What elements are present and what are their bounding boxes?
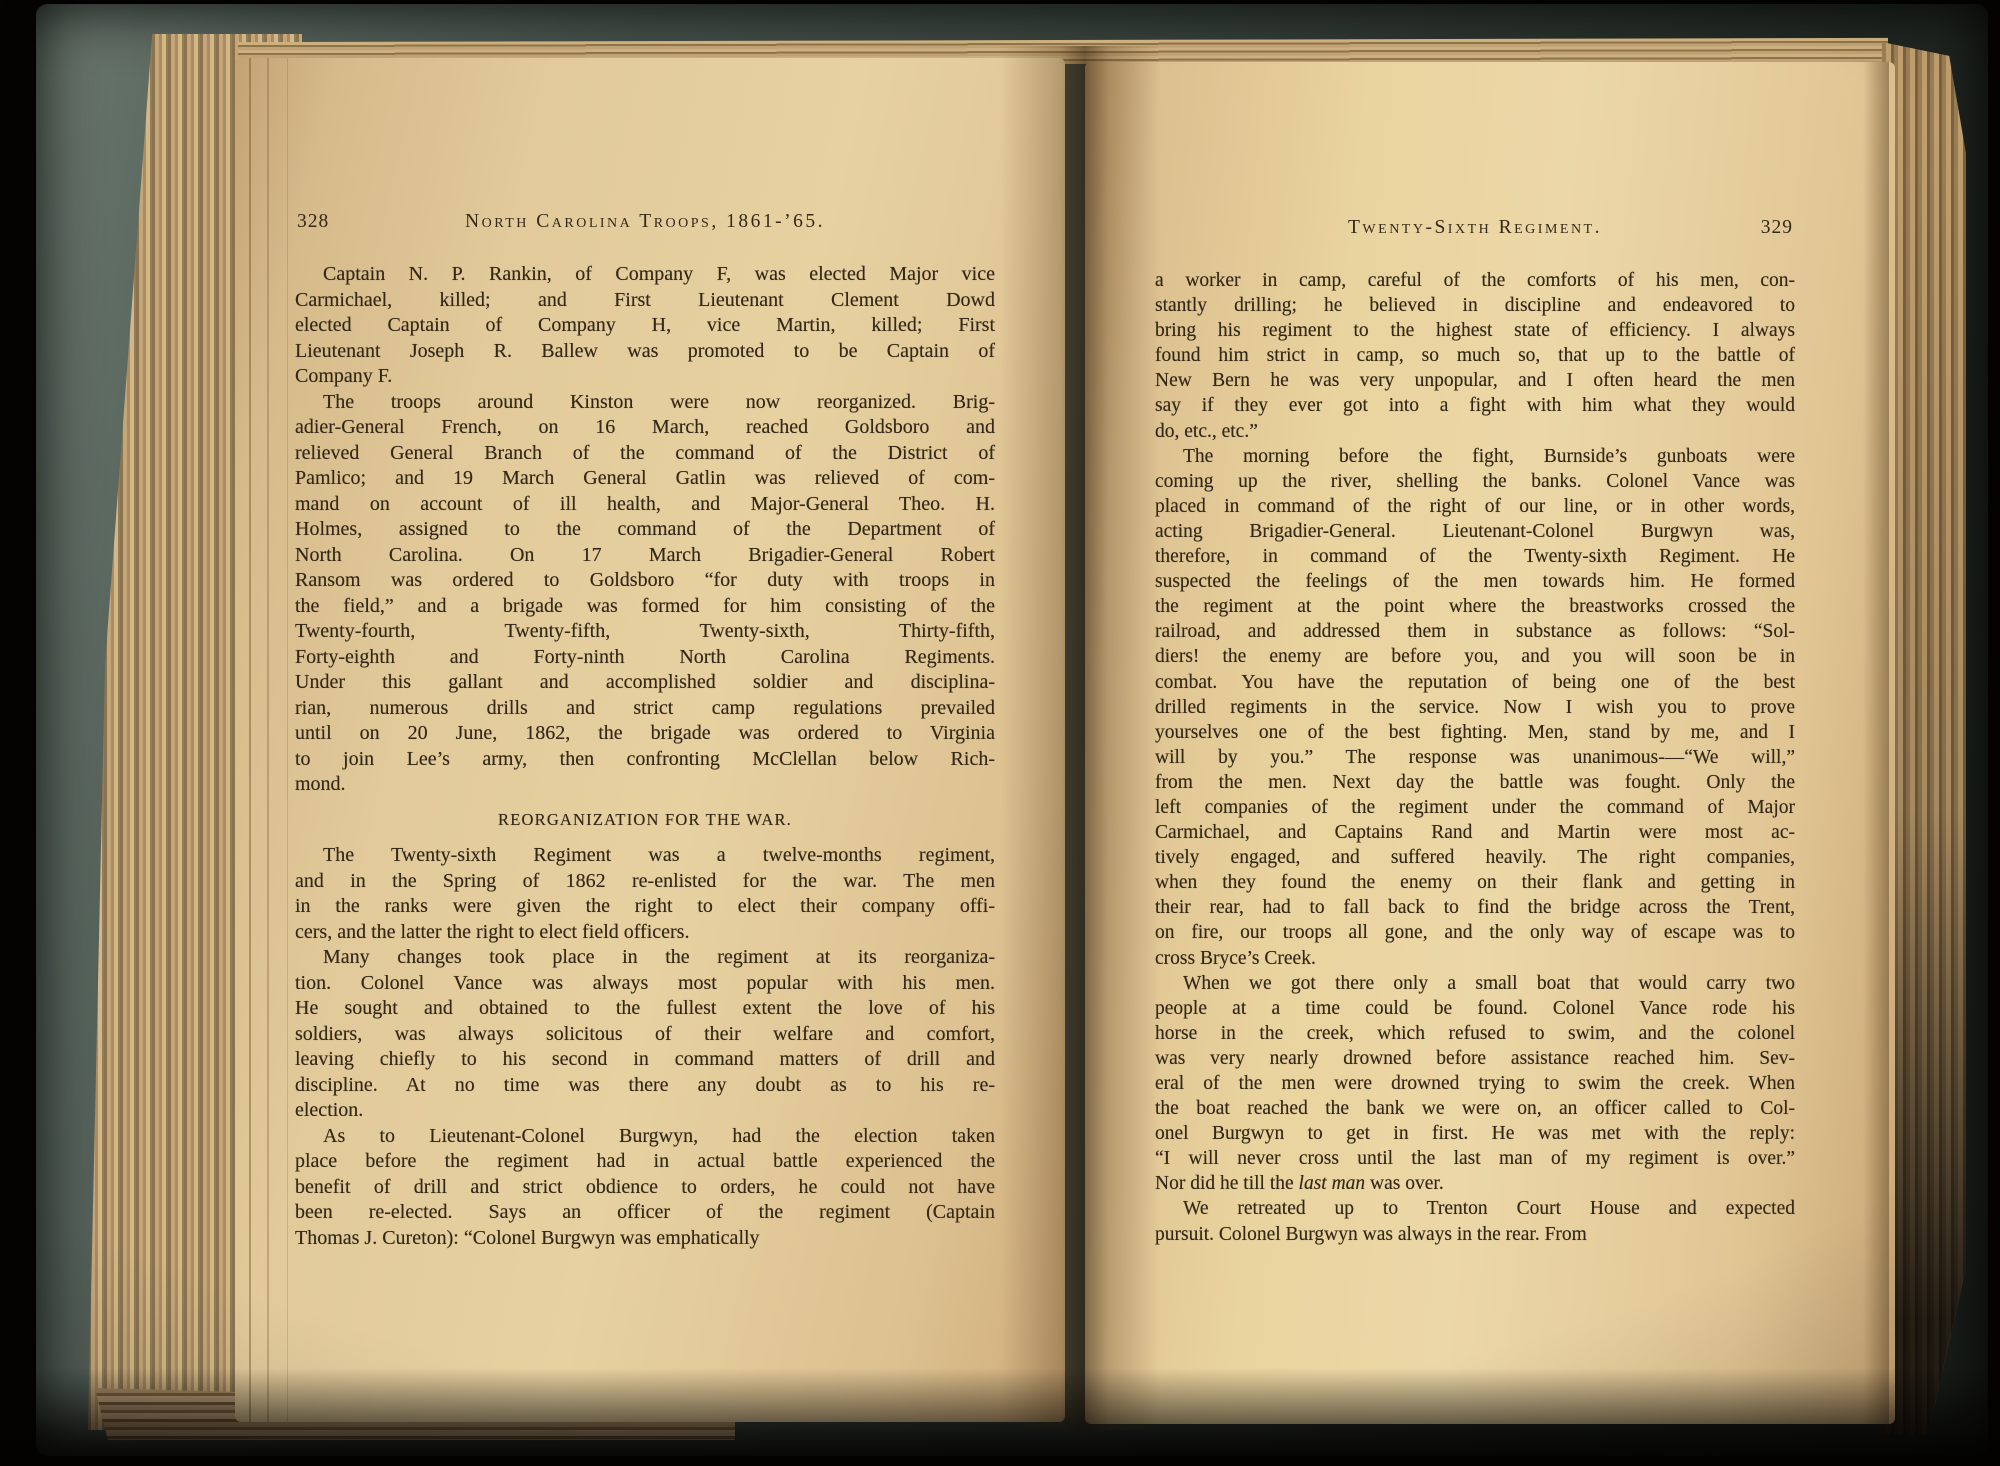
text-line: will by you.” The response was unanimous… — [1155, 745, 1795, 770]
left-page-text-column: 328 North Carolina Troops, 1861-’65. Cap… — [295, 208, 995, 1251]
text-line: drilled regiments in the service. Now I … — [1155, 695, 1795, 720]
text-line: in the ranks were given the right to ele… — [295, 894, 995, 920]
text-line: The Twenty-sixth Regiment was a twelve-m… — [295, 843, 995, 869]
text-line: when they found the enemy on their flank… — [1155, 870, 1795, 895]
text-line: railroad, and addressed them in substanc… — [1155, 619, 1795, 644]
text-line: do, etc., etc.” — [1155, 419, 1795, 444]
right-page-number: 329 — [1761, 214, 1793, 242]
text-line: people at a time could be found. Colonel… — [1155, 996, 1795, 1021]
left-page-body: Captain N. P. Rankin, of Company F, was … — [295, 262, 995, 1251]
text-line: found him strict in camp, so much so, th… — [1155, 343, 1795, 368]
text-line: the boat reached the bank we were on, an… — [1155, 1096, 1795, 1121]
text-line: left companies of the regiment under the… — [1155, 795, 1795, 820]
text-line: tively engaged, and suffered heavily. Th… — [1155, 845, 1795, 870]
text-line: The morning before the fight, Burnside’s… — [1155, 444, 1795, 469]
text-line: “I will never cross until the last man o… — [1155, 1146, 1795, 1171]
section-heading: REORGANIZATION FOR THE WAR. — [295, 807, 995, 833]
text-line: Forty-eighth and Forty-ninth North Carol… — [295, 645, 995, 671]
right-running-header: Twenty-Sixth Regiment. 329 — [1155, 214, 1795, 242]
text-line: adier-General French, on 16 March, reach… — [295, 415, 995, 441]
text-line: horse in the creek, which refused to swi… — [1155, 1021, 1795, 1046]
right-running-title: Twenty-Sixth Regiment. — [1155, 214, 1795, 242]
text-line: mand on account of ill health, and Major… — [295, 492, 995, 518]
text-line: Ransom was ordered to Goldsboro “for dut… — [295, 568, 995, 594]
text-line: relieved General Branch of the command o… — [295, 441, 995, 467]
text-line: coming up the river, shelling the banks.… — [1155, 469, 1795, 494]
text-line: combat. You have the reputation of being… — [1155, 670, 1795, 695]
text-line: place before the regiment had in actual … — [295, 1149, 995, 1175]
text-line: We retreated up to Trenton Court House a… — [1155, 1196, 1795, 1221]
text-line: discipline. At no time was there any dou… — [295, 1073, 995, 1099]
text-line: mond. — [295, 772, 995, 798]
text-line: Many changes took place in the regiment … — [295, 945, 995, 971]
text-line: and in the Spring of 1862 re-enlisted fo… — [295, 869, 995, 895]
text-line: to join Lee’s army, then confronting McC… — [295, 747, 995, 773]
text-line: soldiers, was always solicitous of their… — [295, 1022, 995, 1048]
text-line: placed in command of the right of our li… — [1155, 494, 1795, 519]
text-line: He sought and obtained to the fullest ex… — [295, 996, 995, 1022]
text-line: election. — [295, 1098, 995, 1124]
text-line: was very nearly drowned before assistanc… — [1155, 1046, 1795, 1071]
text-line: When we got there only a small boat that… — [1155, 971, 1795, 996]
text-line: diers! the enemy are before you, and you… — [1155, 644, 1795, 669]
text-line: on fire, our troops all gone, and the on… — [1155, 920, 1795, 945]
left-running-title: North Carolina Troops, 1861-’65. — [295, 208, 995, 236]
text-line: cross Bryce’s Creek. — [1155, 946, 1795, 971]
text-line: Carmichael, and Captains Rand and Martin… — [1155, 820, 1795, 845]
text-line: yourselves one of the best fighting. Men… — [1155, 720, 1795, 745]
text-line: Twenty-fourth, Twenty-fifth, Twenty-sixt… — [295, 619, 995, 645]
text-line: therefore, in command of the Twenty-sixt… — [1155, 544, 1795, 569]
text-line: leaving chiefly to his second in command… — [295, 1047, 995, 1073]
text-line: Captain N. P. Rankin, of Company F, was … — [295, 262, 995, 288]
text-line: suspected the feelings of the men toward… — [1155, 569, 1795, 594]
text-line: Company F. — [295, 364, 995, 390]
text-line: benefit of drill and strict obdience to … — [295, 1175, 995, 1201]
text-line: the regiment at the point where the brea… — [1155, 594, 1795, 619]
left-running-header: 328 North Carolina Troops, 1861-’65. — [295, 208, 995, 236]
text-line: Holmes, assigned to the command of the D… — [295, 517, 995, 543]
text-line: bring his regiment to the highest state … — [1155, 318, 1795, 343]
text-line: acting Brigadier-General. Lieutenant-Col… — [1155, 519, 1795, 544]
text-line: The troops around Kinston were now reorg… — [295, 390, 995, 416]
text-line: Thomas J. Cureton): “Colonel Burgwyn was… — [295, 1226, 995, 1252]
text-line: eral of the men were drowned trying to s… — [1155, 1071, 1795, 1096]
right-page: Twenty-Sixth Regiment. 329 a worker in c… — [1085, 62, 1895, 1424]
text-line: stantly drilling; he believed in discipl… — [1155, 293, 1795, 318]
text-line: Carmichael, killed; and First Lieutenant… — [295, 288, 995, 314]
text-line: cers, and the latter the right to elect … — [295, 920, 995, 946]
text-line: a worker in camp, careful of the comfort… — [1155, 268, 1795, 293]
text-line: New Bern he was very unpopular, and I of… — [1155, 368, 1795, 393]
text-line: Nor did he till the last man was over. — [1155, 1171, 1795, 1196]
text-line: from the men. Next day the battle was fo… — [1155, 770, 1795, 795]
left-page: 328 North Carolina Troops, 1861-’65. Cap… — [235, 58, 1065, 1422]
text-line: until on 20 June, 1862, the brigade was … — [295, 721, 995, 747]
text-line: Pamlico; and 19 March General Gatlin was… — [295, 466, 995, 492]
text-line: pursuit. Colonel Burgwyn was always in t… — [1155, 1222, 1795, 1247]
text-line: been re-elected. Says an officer of the … — [295, 1200, 995, 1226]
left-page-number: 328 — [297, 208, 329, 236]
text-line: onel Burgwyn to get in first. He was met… — [1155, 1121, 1795, 1146]
right-page-body: a worker in camp, careful of the comfort… — [1155, 268, 1795, 1247]
text-line: say if they ever got into a fight with h… — [1155, 393, 1795, 418]
book-photograph: 328 North Carolina Troops, 1861-’65. Cap… — [0, 0, 2000, 1466]
text-line: Under this gallant and accomplished sold… — [295, 670, 995, 696]
text-line: North Carolina. On 17 March Brigadier-Ge… — [295, 543, 995, 569]
text-line: As to Lieutenant-Colonel Burgwyn, had th… — [295, 1124, 995, 1150]
text-line: elected Captain of Company H, vice Marti… — [295, 313, 995, 339]
text-line: rian, numerous drills and strict camp re… — [295, 696, 995, 722]
text-line: the field,” and a brigade was formed for… — [295, 594, 995, 620]
right-page-text-column: Twenty-Sixth Regiment. 329 a worker in c… — [1155, 214, 1795, 1247]
text-line: tion. Colonel Vance was always most popu… — [295, 971, 995, 997]
text-line: Lieutenant Joseph R. Ballew was promoted… — [295, 339, 995, 365]
text-line: their rear, had to fall back to find the… — [1155, 895, 1795, 920]
